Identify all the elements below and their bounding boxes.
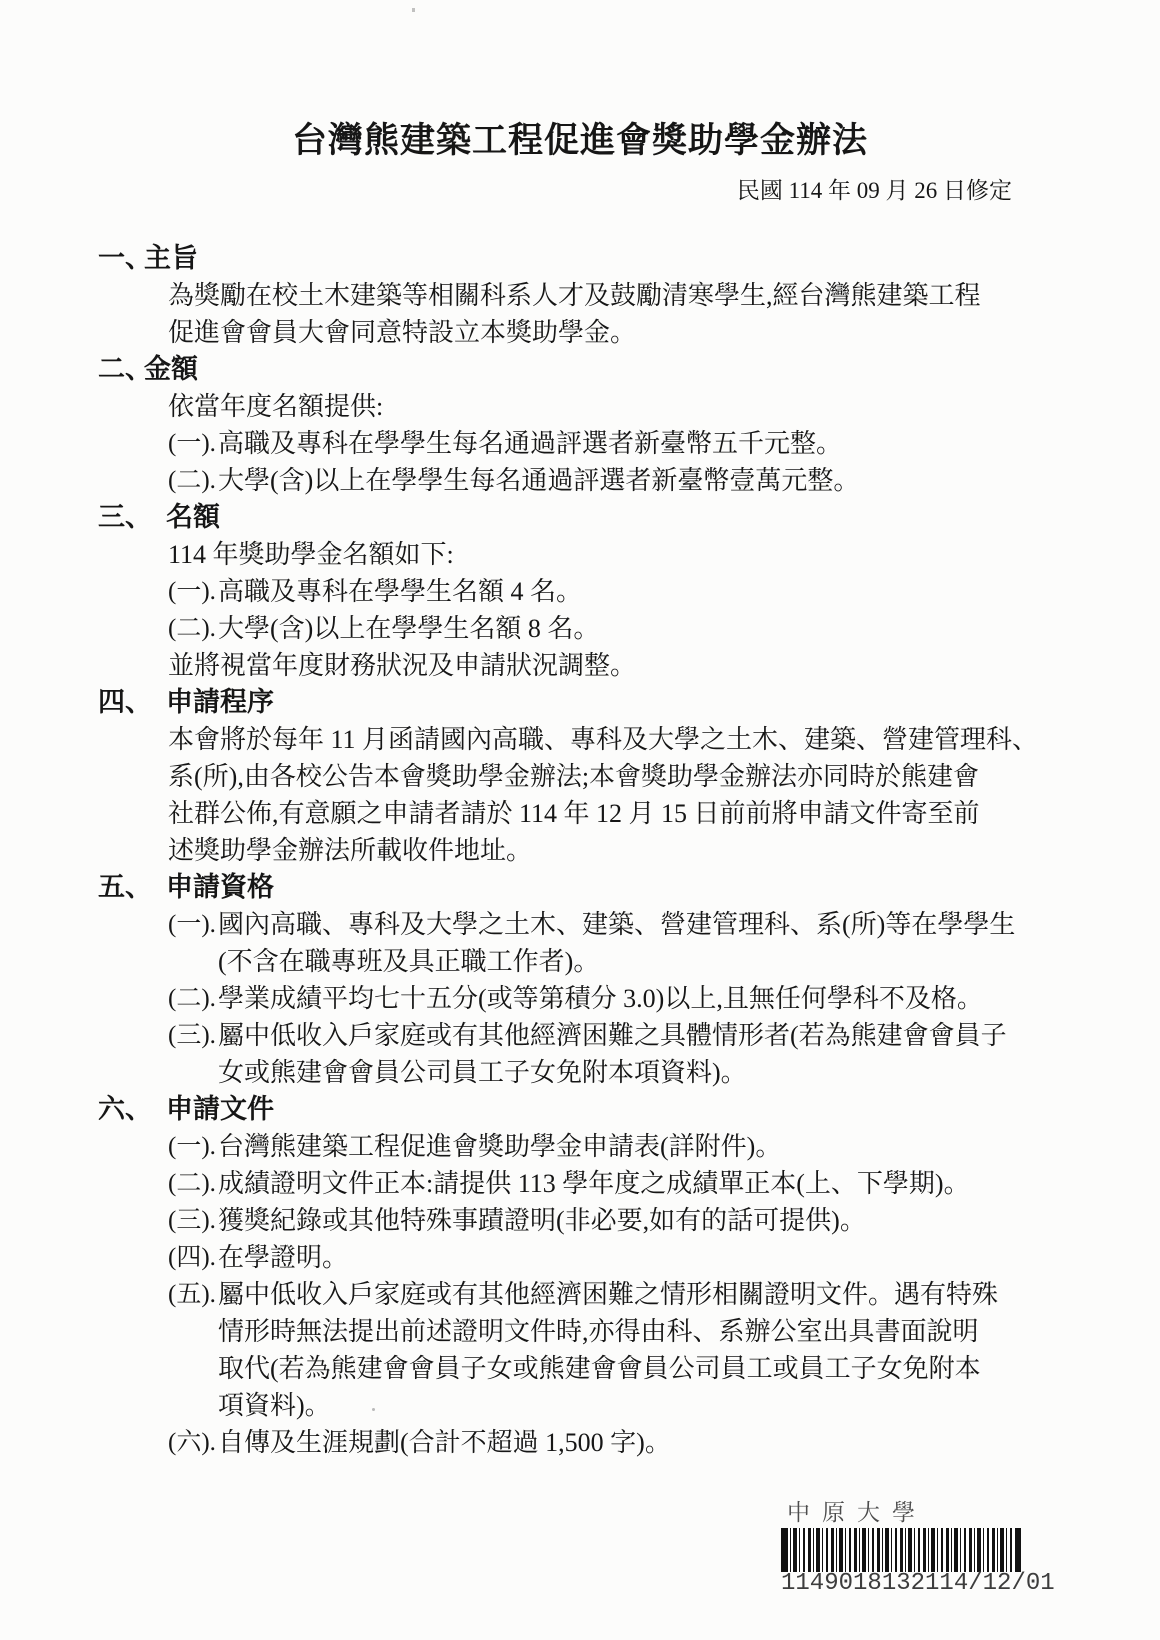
item-line: 情形時無法提出前述證明文件時,亦得由科、系辦公室出具書面說明 — [218, 1313, 1160, 1350]
list-item: (二). 大學(含)以上在學學生每名通過評選者新臺幣壹萬元整。 — [168, 462, 1160, 499]
section-number: 二、 — [98, 351, 144, 388]
item-line: 項資料)。 — [218, 1387, 1160, 1424]
scan-artifact — [412, 8, 415, 12]
item-line: (不含在職專班及具正職工作者)。 — [218, 943, 1160, 980]
section-heading-label: 金額 — [144, 351, 198, 388]
item-marker: (二). — [168, 610, 218, 647]
item-marker: (一). — [168, 1128, 218, 1165]
section-quota: 三、 名額 114 年獎助學金名額如下: (一). 高職及專科在學學生名額 4 … — [98, 499, 1160, 684]
list-item: (二). 成績證明文件正本:請提供 113 學年度之成績單正本(上、下學期)。 — [168, 1165, 1160, 1202]
item-line: 獲獎紀錄或其他特殊事蹟證明(非必要,如有的話可提供)。 — [218, 1202, 1160, 1239]
list-item: (二). 學業成績平均七十五分(或等第積分 3.0)以上,且無任何學科不及格。 — [168, 980, 1160, 1017]
item-marker: (一). — [168, 425, 218, 462]
item-line: 自傳及生涯規劃(合計不超過 1,500 字)。 — [218, 1424, 1160, 1461]
list-item: (二). 大學(含)以上在學學生名額 8 名。 — [168, 610, 1160, 647]
section-number: 一、 — [98, 240, 144, 277]
section-number: 六、 — [98, 1091, 166, 1128]
section-heading: 一、 主旨 — [98, 240, 1160, 277]
barcode-image — [781, 1528, 1021, 1572]
section-heading-label: 申請文件 — [166, 1091, 274, 1128]
section-heading: 三、 名額 — [98, 499, 1160, 536]
section-heading: 四、 申請程序 — [98, 684, 1160, 721]
item-line: 高職及專科在學學生每名通過評選者新臺幣五千元整。 — [218, 425, 1160, 462]
item-line: 在學證明。 — [218, 1239, 1160, 1276]
section-heading: 二、 金額 — [98, 351, 1160, 388]
paragraph-line: 社群公佈,有意願之申請者請於 114 年 12 月 15 日前前將申請文件寄至前 — [168, 795, 1160, 832]
barcode-number: 1149018132 — [781, 1571, 925, 1597]
list-item: (五). 屬中低收入戶家庭或有其他經濟困難之情形相關證明文件。遇有特殊 情形時無… — [168, 1276, 1160, 1424]
list-item: (一). 台灣熊建築工程促進會獎助學金申請表(詳附件)。 — [168, 1128, 1160, 1165]
item-line: 屬中低收入戶家庭或有其他經濟困難之具體情形者(若為熊建會會員子 — [218, 1017, 1160, 1054]
section-heading-label: 申請資格 — [166, 869, 274, 906]
revision-date: 民國 114 年 09 月 26 日修定 — [0, 178, 1160, 204]
list-item: (一). 高職及專科在學學生名額 4 名。 — [168, 573, 1160, 610]
item-marker: (六). — [168, 1424, 218, 1461]
item-line: 取代(若為熊建會會員子女或熊建會會員公司員工或員工子女免附本 — [218, 1350, 1160, 1387]
item-marker: (五). — [168, 1276, 218, 1424]
barcode-date: 114/12/01 — [925, 1571, 1055, 1597]
section-heading-label: 名額 — [166, 499, 220, 536]
section-outro: 並將視當年度財務狀況及申請狀況調整。 — [168, 647, 1160, 684]
university-stamp: 中原大學 1149018132 114/12/01 — [781, 1500, 1027, 1597]
item-line: 國內高職、專科及大學之土木、建築、營建管理科、系(所)等在學學生 — [218, 906, 1160, 943]
item-marker: (二). — [168, 462, 218, 499]
item-line: 學業成績平均七十五分(或等第積分 3.0)以上,且無任何學科不及格。 — [218, 980, 1160, 1017]
section-purpose: 一、 主旨 為獎勵在校土木建築等相關科系人才及鼓勵清寒學生,經台灣熊建築工程 促… — [98, 240, 1160, 351]
section-number: 三、 — [98, 499, 166, 536]
list-item: (四). 在學證明。 — [168, 1239, 1160, 1276]
section-heading-label: 申請程序 — [166, 684, 274, 721]
barcode-caption: 1149018132 114/12/01 — [781, 1571, 1027, 1597]
page-title: 台灣熊建築工程促進會獎助學金辦法 — [0, 0, 1160, 162]
section-number: 五、 — [98, 869, 166, 906]
item-marker: (二). — [168, 1165, 218, 1202]
section-intro: 依當年度名額提供: — [168, 388, 1160, 425]
item-line: 高職及專科在學學生名額 4 名。 — [218, 573, 1160, 610]
item-marker: (三). — [168, 1017, 218, 1091]
paragraph-line: 為獎勵在校土木建築等相關科系人才及鼓勵清寒學生,經台灣熊建築工程 — [168, 277, 1160, 314]
item-line: 台灣熊建築工程促進會獎助學金申請表(詳附件)。 — [218, 1128, 1160, 1165]
section-eligibility: 五、 申請資格 (一). 國內高職、專科及大學之土木、建築、營建管理科、系(所)… — [98, 869, 1160, 1091]
item-line: 大學(含)以上在學學生每名通過評選者新臺幣壹萬元整。 — [218, 462, 1160, 499]
list-item: (三). 屬中低收入戶家庭或有其他經濟困難之具體情形者(若為熊建會會員子 女或熊… — [168, 1017, 1160, 1091]
document-body: 一、 主旨 為獎勵在校土木建築等相關科系人才及鼓勵清寒學生,經台灣熊建築工程 促… — [98, 240, 1160, 1461]
university-name: 中原大學 — [787, 1500, 1027, 1525]
section-required-documents: 六、 申請文件 (一). 台灣熊建築工程促進會獎助學金申請表(詳附件)。 (二)… — [98, 1091, 1160, 1461]
item-marker: (一). — [168, 906, 218, 980]
section-number: 四、 — [98, 684, 166, 721]
list-item: (三). 獲獎紀錄或其他特殊事蹟證明(非必要,如有的話可提供)。 — [168, 1202, 1160, 1239]
item-line: 女或熊建會會員公司員工子女免附本項資料)。 — [218, 1054, 1160, 1091]
section-heading: 五、 申請資格 — [98, 869, 1160, 906]
item-line: 屬中低收入戶家庭或有其他經濟困難之情形相關證明文件。遇有特殊 — [218, 1276, 1160, 1313]
section-amount: 二、 金額 依當年度名額提供: (一). 高職及專科在學學生每名通過評選者新臺幣… — [98, 351, 1160, 499]
paragraph-line: 述獎助學金辦法所載收件地址。 — [168, 832, 1160, 869]
list-item: (六). 自傳及生涯規劃(合計不超過 1,500 字)。 — [168, 1424, 1160, 1461]
paragraph-line: 促進會會員大會同意特設立本獎助學金。 — [168, 314, 1160, 351]
paragraph-line: 系(所),由各校公告本會獎助學金辦法;本會獎助學金辦法亦同時於熊建會 — [168, 758, 1160, 795]
section-heading: 六、 申請文件 — [98, 1091, 1160, 1128]
list-item: (一). 國內高職、專科及大學之土木、建築、營建管理科、系(所)等在學學生 (不… — [168, 906, 1160, 980]
section-application-procedure: 四、 申請程序 本會將於每年 11 月函請國內高職、專科及大學之土木、建築、營建… — [98, 684, 1160, 869]
section-intro: 114 年獎助學金名額如下: — [168, 536, 1160, 573]
item-marker: (一). — [168, 573, 218, 610]
section-heading-label: 主旨 — [144, 240, 198, 277]
list-item: (一). 高職及專科在學學生每名通過評選者新臺幣五千元整。 — [168, 425, 1160, 462]
item-marker: (二). — [168, 980, 218, 1017]
scan-artifact — [372, 1408, 375, 1411]
item-marker: (三). — [168, 1202, 218, 1239]
paragraph-line: 本會將於每年 11 月函請國內高職、專科及大學之土木、建築、營建管理科、 — [168, 721, 1160, 758]
item-line: 成績證明文件正本:請提供 113 學年度之成績單正本(上、下學期)。 — [218, 1165, 1160, 1202]
item-line: 大學(含)以上在學學生名額 8 名。 — [218, 610, 1160, 647]
item-marker: (四). — [168, 1239, 218, 1276]
